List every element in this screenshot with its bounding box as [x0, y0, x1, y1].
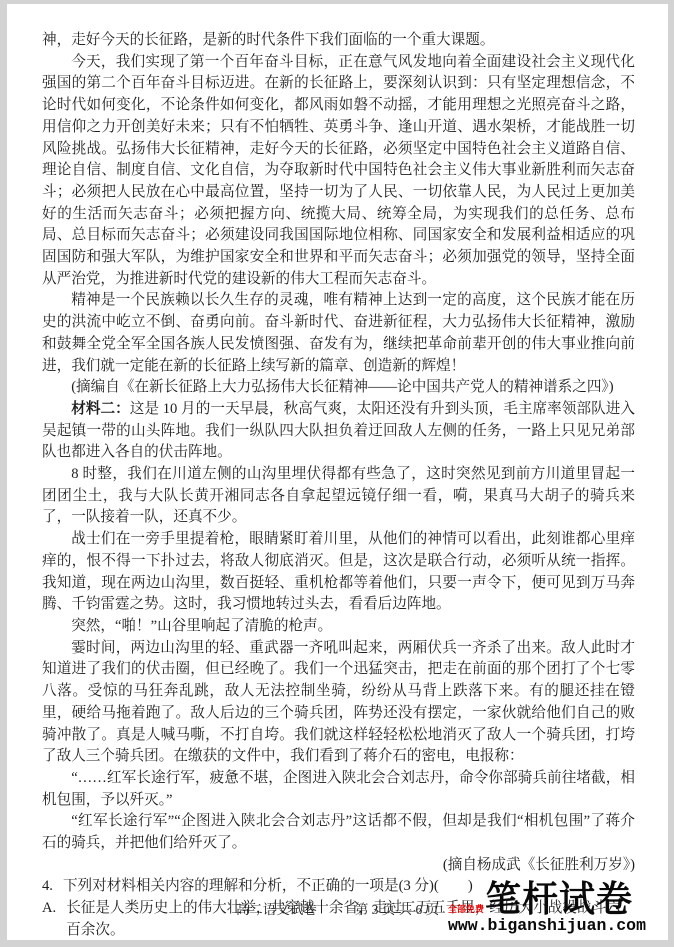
watermark-url: www.biganshijuan.com — [448, 918, 646, 935]
paragraph: “红军长途行军”“企图进入陕北会合刘志丹”这话都不假，但却是我们“相机包围”了蒋… — [42, 811, 635, 854]
paragraph-material2: 材料二：这是 10 月的一天早晨，秋高气爽，太阳还没有升到头顶，毛主席率领部队进… — [42, 399, 635, 464]
watermark-brand: 笔杆试卷 — [485, 881, 633, 917]
question-number: 4. — [42, 876, 53, 898]
paragraph: 霎时间，两边山沟里的轻、重武器一齐吼叫起来，两厢伏兵一齐杀了出来。敌人此时才知道… — [42, 638, 635, 768]
page-number: 第 3 页 共 6 页 — [355, 902, 439, 917]
page-content: 神，走好今天的长征路，是新的时代条件下我们面临的一个重大课题。 今天，我们实现了… — [42, 30, 635, 940]
attribution-material2: (摘自杨成武《长征胜利万岁》) — [42, 855, 635, 877]
screenshot-canvas: 神，走好今天的长征路，是新的时代条件下我们面临的一个重大课题。 今天，我们实现了… — [0, 0, 674, 947]
paragraph: 8 时整，我们在川道左侧的山沟里埋伏得都有些急了，这时突然见到前方川道里冒起一团… — [42, 464, 635, 529]
watermark: 全部免费 笔杆试卷 www.biganshijuan.com — [448, 881, 646, 935]
exam-paper-page: 神，走好今天的长征路，是新的时代条件下我们面临的一个重大课题。 今天，我们实现了… — [7, 4, 668, 940]
paragraph: 精神是一个民族赖以长久生存的灵魂，唯有精神上达到一定的高度，这个民族才能在历史的… — [42, 290, 635, 377]
watermark-free-tag: 全部免费 — [448, 905, 484, 914]
paragraph: 今天，我们实现了第一个百年奋斗目标，正在意气风发地向着全面建设社会主义现代化强国… — [42, 52, 635, 291]
paragraph-telegram-quote: “……红军长途行军，疲惫不堪，企图进入陕北会合刘志丹，命令你部骑兵前往堵截，相机… — [42, 768, 635, 811]
material2-label: 材料二： — [71, 401, 130, 417]
exam-name: 高二语文试卷 — [236, 902, 317, 917]
paragraph: 战士们在一旁手里提着枪，眼睛紧盯着川里，从他们的神情可以看出，此刻谁都心里痒痒的… — [42, 529, 635, 616]
material2-text: 这是 10 月的一天早晨，秋高气爽，太阳还没有升到头顶，毛主席率领部队进入吴起镇… — [42, 401, 635, 460]
paragraph: 神，走好今天的长征路，是新的时代条件下我们面临的一个重大课题。 — [42, 30, 635, 52]
attribution-material1: (摘编自《在新长征路上大力弘扬伟大长征精神——论中国共产党人的精神谱系之四》) — [42, 377, 635, 399]
watermark-brand-row: 全部免费 笔杆试卷 — [448, 881, 646, 917]
paragraph: 突然，“啪！”山谷里响起了清脆的枪声。 — [42, 616, 635, 638]
